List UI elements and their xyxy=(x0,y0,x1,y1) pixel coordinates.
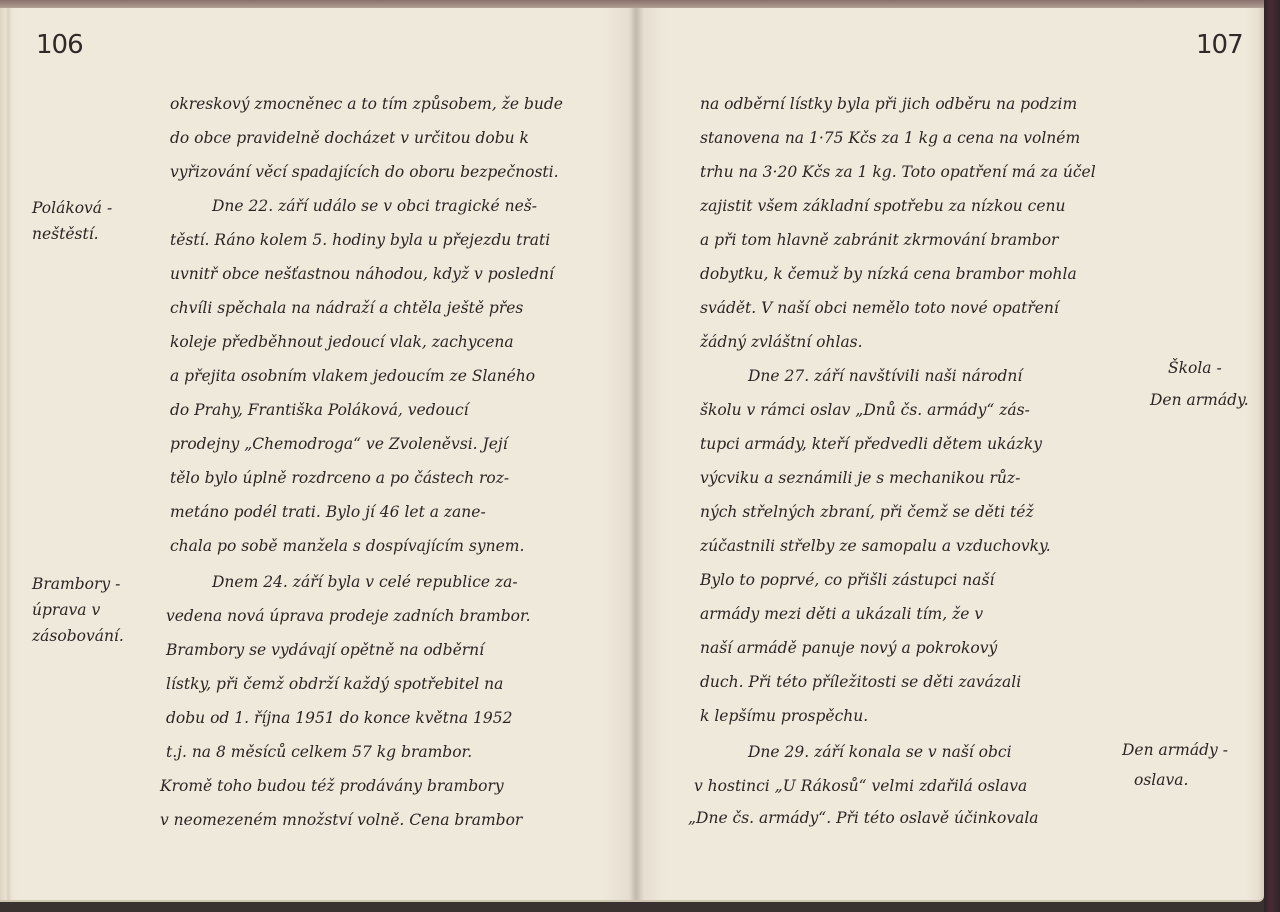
text-line: zajistit všem základní spotřebu za nízko… xyxy=(700,196,1066,216)
text-line: ných střelných zbraní, při čemž se děti … xyxy=(700,502,1034,522)
margin-note-brambory: Brambory - úprava v zásobování. xyxy=(32,574,124,646)
text-line: v neomezeném množství volně. Cena brambo… xyxy=(160,810,522,830)
text-line: prodejny „Chemodroga“ ve Zvoleněvsi. Jej… xyxy=(170,434,508,454)
text-line: těstí. Ráno kolem 5. hodiny byla u přeje… xyxy=(170,230,550,250)
text-line: k lepšímu prospěchu. xyxy=(700,706,868,726)
margin-note-line: Den armády. xyxy=(1150,390,1249,410)
margin-note-polakova: Poláková - neštěstí. xyxy=(32,198,112,244)
text-line: na odběrní lístky byla při jich odběru n… xyxy=(700,94,1077,114)
margin-note-line: úprava v xyxy=(32,600,124,620)
text-line: Dne 27. září navštívili naši národní xyxy=(748,366,1022,386)
text-line: stanovena na 1·75 Kčs za 1 kg a cena na … xyxy=(700,128,1080,148)
margin-note-line: Škola - xyxy=(1150,358,1249,378)
margin-note-den-armady: Den armády - oslava. xyxy=(1122,740,1228,790)
text-line: a přejita osobním vlakem jedoucím ze Sla… xyxy=(170,366,535,386)
margin-note-line: Den armády - xyxy=(1122,740,1228,760)
book-cover-edge xyxy=(1264,0,1280,912)
text-line: do obce pravidelně docházet v určitou do… xyxy=(170,128,529,148)
right-page: 107 Škola - Den armády. Den armády - osl… xyxy=(636,8,1264,902)
text-line: „Dne čs. armády“. Při této oslavě účinko… xyxy=(688,808,1039,828)
text-line: Dnem 24. září byla v celé republice za- xyxy=(212,572,518,592)
text-line: Dne 22. září událo se v obci tragické ne… xyxy=(212,196,537,216)
page-number: 107 xyxy=(1196,30,1243,60)
text-line: chvíli spěchala na nádraží a chtěla ješt… xyxy=(170,298,523,318)
text-line: Dne 29. září konala se v naší obci xyxy=(748,742,1012,762)
text-line: a při tom hlavně zabránit zkrmování bram… xyxy=(700,230,1058,250)
text-line: naší armádě panuje nový a pokrokový xyxy=(700,638,997,658)
text-line: Bylo to poprvé, co přišli zástupci naší xyxy=(700,570,994,590)
text-line: tupci armády, kteří předvedli dětem ukáz… xyxy=(700,434,1042,454)
page-number: 106 xyxy=(36,30,83,60)
text-line: duch. Při této příležitosti se děti zavá… xyxy=(700,672,1021,692)
text-line: do Prahy, Františka Poláková, vedoucí xyxy=(170,400,469,420)
text-line: Brambory se vydávají opětně na odběrní xyxy=(166,640,484,660)
text-line: v hostinci „U Rákosů“ velmi zdařilá osla… xyxy=(694,776,1027,796)
text-line: dobu od 1. října 1951 do konce května 19… xyxy=(166,708,513,728)
left-page: 106 Poláková - neštěstí. Brambory - úpra… xyxy=(0,8,636,902)
text-line: školu v rámci oslav „Dnů čs. armády“ zás… xyxy=(700,400,1030,420)
text-line: Kromě toho budou též prodávány brambory xyxy=(160,776,504,796)
text-line: výcviku a seznámili je s mechanikou růz- xyxy=(700,468,1020,488)
margin-note-line: oslava. xyxy=(1122,770,1228,790)
text-line: armády mezi děti a ukázali tím, že v xyxy=(700,604,983,624)
margin-note-skola: Škola - Den armády. xyxy=(1150,358,1249,410)
text-line: žádný zvláštní ohlas. xyxy=(700,332,863,352)
margin-note-line: Brambory - xyxy=(32,574,124,594)
text-line: koleje předběhnout jedoucí vlak, zachyce… xyxy=(170,332,514,352)
text-line: zúčastnili střelby ze samopalu a vzducho… xyxy=(700,536,1051,556)
text-line: t.j. na 8 měsíců celkem 57 kg brambor. xyxy=(166,742,472,762)
text-line: lístky, při čemž obdrží každý spotřebite… xyxy=(166,674,503,694)
text-line: vyřizování věcí spadajících do oboru bez… xyxy=(170,162,559,182)
text-line: metáno podél trati. Bylo jí 46 let a zan… xyxy=(170,502,486,522)
text-line: tělo bylo úplně rozdrceno a po částech r… xyxy=(170,468,509,488)
text-line: chala po sobě manžela s dospívajícím syn… xyxy=(170,536,524,556)
text-line: svádět. V naší obci nemělo toto nové opa… xyxy=(700,298,1059,318)
open-chronicle-book: 106 Poláková - neštěstí. Brambory - úpra… xyxy=(0,0,1280,912)
book-gutter xyxy=(628,8,644,900)
text-line: trhu na 3·20 Kčs za 1 kg. Toto opatření … xyxy=(700,162,1096,182)
text-line: vedena nová úprava prodeje zadních bramb… xyxy=(166,606,531,626)
margin-note-line: Poláková - xyxy=(32,198,112,218)
margin-note-line: zásobování. xyxy=(32,626,124,646)
margin-note-line: neštěstí. xyxy=(32,224,112,244)
text-line: uvnitř obce nešťastnou náhodou, když v p… xyxy=(170,264,554,284)
text-line: okreskový zmocněnec a to tím způsobem, ž… xyxy=(170,94,563,114)
text-line: dobytku, k čemuž by nízká cena brambor m… xyxy=(700,264,1077,284)
